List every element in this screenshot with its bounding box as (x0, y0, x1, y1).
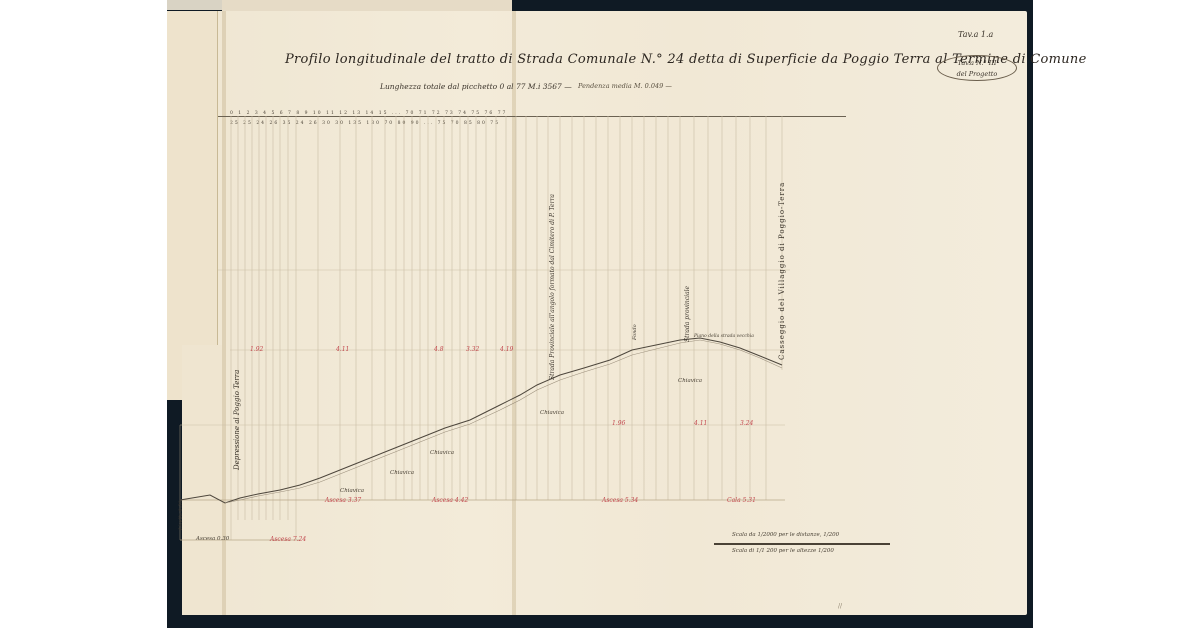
label-fondo: Fondo (632, 324, 638, 340)
channel-label-3: Chiavica (430, 450, 454, 456)
pavement-label: Piano della strada vecchia (694, 334, 754, 339)
channel-label-4: Chiavica (540, 410, 564, 416)
pencil-mark: // (838, 603, 842, 610)
slope-label-2: Ascesa 4.42 (432, 497, 468, 504)
label-depressione: Depressione al Poggio Terra (233, 370, 241, 470)
label-casseggio: Casseggio del Villaggio di Poggio-Terra (778, 182, 786, 360)
red-mark-mid-3: 4.8 (434, 346, 444, 353)
label-strada-provinciale: Strada Provinciale all'angolo formato da… (549, 194, 556, 380)
channel-label-2: Chiavica (390, 470, 414, 476)
slope-label-5: Ascesa 7.24 (270, 536, 306, 543)
scale-title: Scala da 1/2000 per le distanze, 1/200 (732, 532, 839, 538)
red-mark-lower-2: 4.11 (694, 420, 707, 427)
scale-subtitle: Scala di 1/1 200 per le altezze 1/200 (732, 548, 834, 554)
red-mark-mid-5: 4.19 (500, 346, 513, 353)
red-mark-mid-4: 3.32 (466, 346, 479, 353)
red-mark-lower-1: 1.96 (612, 420, 625, 427)
scale-bar (714, 543, 890, 545)
channel-label-1: Chiavica (340, 488, 364, 494)
red-mark-lower-3: 3.24 (740, 420, 753, 427)
start-level-label: Livello 0.30 (178, 500, 184, 530)
channel-label-5: Chiavica (678, 378, 702, 384)
slope-label-6: Ascesa 0.30 (196, 536, 229, 542)
profile-drawing (0, 0, 1200, 628)
slope-label-4: Cala 5.31 (727, 497, 756, 504)
red-mark-mid-2: 4.11 (336, 346, 349, 353)
red-mark-mid-1: 1.92 (250, 346, 263, 353)
label-strada-provinciale-2: Strada provinciale (684, 286, 691, 342)
slope-label-3: Ascesa 5.34 (602, 497, 638, 504)
slope-label-1: Ascesa 3.37 (325, 497, 361, 504)
scale-box: Scala da 1/2000 per le distanze, 1/200 S… (712, 528, 892, 568)
